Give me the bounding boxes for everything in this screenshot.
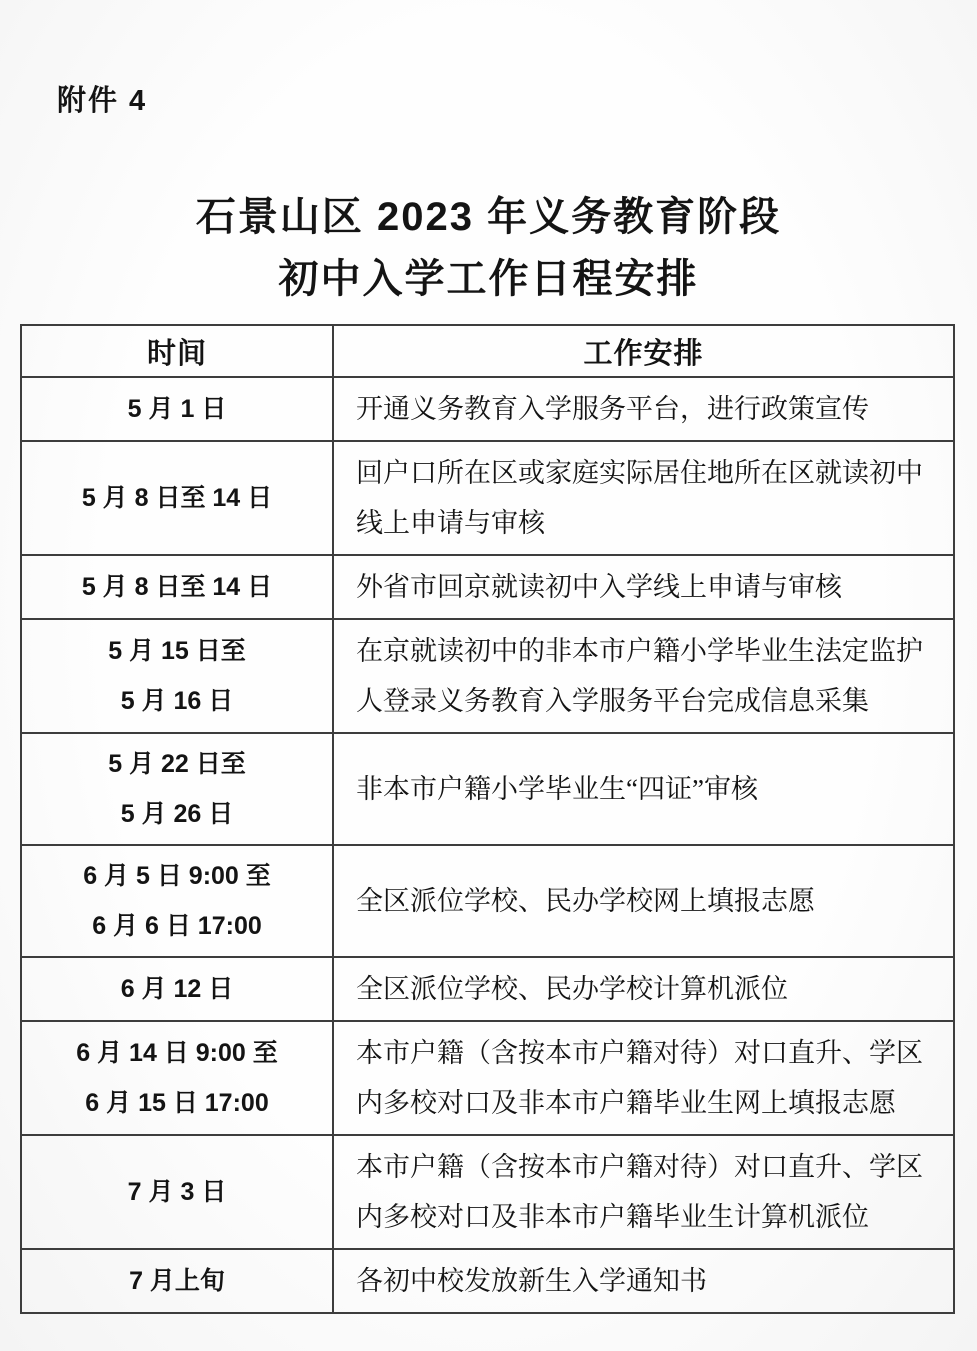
time-cell: 5 月 8 日至 14 日 [21, 441, 333, 555]
time-cell: 6 月 12 日 [21, 957, 333, 1021]
table-row: 5 月 8 日至 14 日外省市回京就读初中入学线上申请与审核 [21, 555, 954, 619]
time-cell: 6 月 14 日 9:00 至6 月 15 日 17:00 [21, 1021, 333, 1135]
time-line: 5 月 8 日至 14 日 [26, 562, 328, 612]
table-row: 7 月 3 日本市户籍（含按本市户籍对待）对口直升、学区内多校对口及非本市户籍毕… [21, 1135, 954, 1249]
title-line-1: 石景山区 2023 年义务教育阶段 [0, 186, 977, 248]
task-cell: 在京就读初中的非本市户籍小学毕业生法定监护人登录义务教育入学服务平台完成信息采集 [333, 619, 954, 733]
table-row: 7 月上旬各初中校发放新生入学通知书 [21, 1249, 954, 1313]
task-cell: 开通义务教育入学服务平台，进行政策宣传 [333, 377, 954, 441]
task-cell: 本市户籍（含按本市户籍对待）对口直升、学区内多校对口及非本市户籍毕业生网上填报志… [333, 1021, 954, 1135]
schedule-table-body: 5 月 1 日开通义务教育入学服务平台，进行政策宣传5 月 8 日至 14 日回… [21, 377, 954, 1313]
time-cell: 6 月 5 日 9:00 至6 月 6 日 17:00 [21, 845, 333, 957]
task-cell: 非本市户籍小学毕业生“四证”审核 [333, 733, 954, 845]
attachment-label: 附件 4 [57, 78, 147, 119]
time-cell: 7 月 3 日 [21, 1135, 333, 1249]
time-cell: 7 月上旬 [21, 1249, 333, 1313]
header-task: 工作安排 [333, 325, 954, 377]
table-row: 5 月 1 日开通义务教育入学服务平台，进行政策宣传 [21, 377, 954, 441]
time-line: 5 月 15 日至 [26, 626, 328, 676]
task-cell: 全区派位学校、民办学校计算机派位 [333, 957, 954, 1021]
schedule-table: 时间 工作安排 5 月 1 日开通义务教育入学服务平台，进行政策宣传5 月 8 … [20, 324, 955, 1314]
time-line: 5 月 8 日至 14 日 [26, 473, 328, 523]
table-row: 5 月 22 日至5 月 26 日非本市户籍小学毕业生“四证”审核 [21, 733, 954, 845]
task-cell: 全区派位学校、民办学校网上填报志愿 [333, 845, 954, 957]
time-line: 5 月 1 日 [26, 384, 328, 434]
time-cell: 5 月 1 日 [21, 377, 333, 441]
time-cell: 5 月 8 日至 14 日 [21, 555, 333, 619]
time-cell: 5 月 15 日至5 月 16 日 [21, 619, 333, 733]
time-line: 5 月 22 日至 [26, 739, 328, 789]
table-row: 5 月 8 日至 14 日回户口所在区或家庭实际居住地所在区就读初中线上申请与审… [21, 441, 954, 555]
table-row: 5 月 15 日至5 月 16 日在京就读初中的非本市户籍小学毕业生法定监护人登… [21, 619, 954, 733]
time-line: 7 月 3 日 [26, 1167, 328, 1217]
time-line: 6 月 14 日 9:00 至 [26, 1028, 328, 1078]
time-line: 6 月 15 日 17:00 [26, 1078, 328, 1128]
time-line: 7 月上旬 [26, 1256, 328, 1306]
task-cell: 回户口所在区或家庭实际居住地所在区就读初中线上申请与审核 [333, 441, 954, 555]
table-row: 6 月 12 日全区派位学校、民办学校计算机派位 [21, 957, 954, 1021]
table-row: 6 月 5 日 9:00 至6 月 6 日 17:00全区派位学校、民办学校网上… [21, 845, 954, 957]
time-line: 5 月 26 日 [26, 789, 328, 839]
title-line-2: 初中入学工作日程安排 [0, 248, 977, 310]
time-line: 6 月 5 日 9:00 至 [26, 851, 328, 901]
header-time: 时间 [21, 325, 333, 377]
document-title: 石景山区 2023 年义务教育阶段 初中入学工作日程安排 [0, 186, 977, 310]
task-cell: 本市户籍（含按本市户籍对待）对口直升、学区内多校对口及非本市户籍毕业生计算机派位 [333, 1135, 954, 1249]
time-line: 6 月 6 日 17:00 [26, 901, 328, 951]
time-line: 5 月 16 日 [26, 676, 328, 726]
table-row: 6 月 14 日 9:00 至6 月 15 日 17:00本市户籍（含按本市户籍… [21, 1021, 954, 1135]
time-line: 6 月 12 日 [26, 964, 328, 1014]
document-page: 附件 4 石景山区 2023 年义务教育阶段 初中入学工作日程安排 时间 工作安… [0, 0, 977, 1351]
time-cell: 5 月 22 日至5 月 26 日 [21, 733, 333, 845]
task-cell: 外省市回京就读初中入学线上申请与审核 [333, 555, 954, 619]
header-row: 时间 工作安排 [21, 325, 954, 377]
task-cell: 各初中校发放新生入学通知书 [333, 1249, 954, 1313]
